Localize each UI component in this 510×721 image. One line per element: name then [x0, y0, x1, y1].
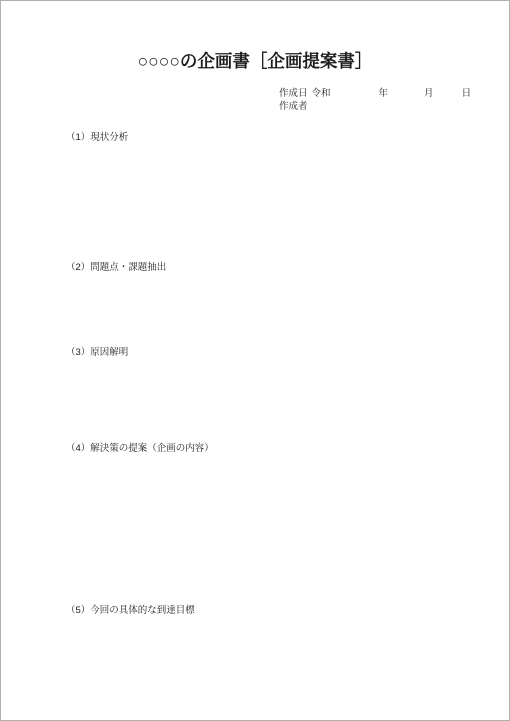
era-label: 令和 [312, 87, 331, 100]
author-label: 作成者 [279, 100, 308, 113]
document-page: ○○○○の企画書［企画提案書］ 作成日令和年月日 作成者 （1）現状分析 （2）… [0, 0, 510, 721]
year-suffix-label: 年 [379, 87, 389, 100]
section-heading-solution-proposal: （4）解決策の提案（企画の内容） [66, 442, 214, 455]
section-heading-goals: （5）今回の具体的な到達目標 [66, 604, 195, 617]
day-suffix-label: 日 [462, 87, 472, 100]
meta-block: 作成日令和年月日 作成者 [279, 87, 471, 113]
section-heading-cause-clarification: （3）原因解明 [66, 346, 128, 359]
created-date-row: 作成日令和年月日 [279, 87, 471, 100]
section-heading-problem-extraction: （2）問題点・課題抽出 [66, 261, 166, 274]
created-date-label: 作成日 [279, 87, 308, 100]
document-title: ○○○○の企画書［企画提案書］ [1, 48, 509, 73]
section-heading-current-analysis: （1）現状分析 [66, 131, 128, 144]
month-suffix-label: 月 [424, 87, 434, 100]
author-row: 作成者 [279, 100, 471, 113]
